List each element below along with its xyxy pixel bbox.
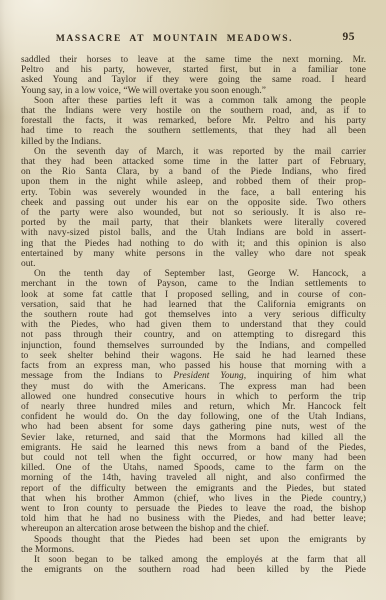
text-line: the southern route had got themselves in…	[21, 310, 366, 320]
text-line: that they had been attacked some time in…	[21, 157, 366, 167]
text-line: on the Rio Santa Clara, by a band of the…	[21, 167, 366, 177]
paragraph: saddled their horses to leave at the sam…	[21, 55, 366, 96]
text-line: Soon after these parties left it was a c…	[21, 96, 366, 106]
paragraph: On the seventh day of March, it was repo…	[21, 147, 366, 269]
paragraph: Soon after these parties left it was a c…	[21, 96, 366, 147]
page-body: saddled their horses to leave at the sam…	[21, 55, 366, 575]
text-line: with the Piedes, who had given them to u…	[21, 320, 366, 330]
text-line: ing that the Piedes had nothing to do wi…	[21, 239, 366, 249]
text-line: emigrants. He said he learned this news …	[21, 443, 366, 453]
text-line: injunction, found themselves surrounded …	[21, 341, 366, 351]
text-line: Young say, in a low voice, “We will over…	[21, 86, 366, 96]
text-line: On the seventh day of March, it was repo…	[21, 147, 366, 157]
running-head-title: MASSACRE AT MOUNTAIN MEADOWS.	[21, 33, 366, 46]
text-line: ported by the mail party, that their bla…	[21, 218, 366, 228]
italic-text: President Young	[173, 371, 243, 381]
text-line: the Mormons.	[21, 545, 366, 555]
text-line: of the party were also wounded, but not …	[21, 208, 366, 218]
text-line: Spoods thought that the Piedes had been …	[21, 535, 366, 545]
text-line: erty. Tobin was severely wounded in the …	[21, 188, 366, 198]
text-line: told him that he had no business with th…	[21, 514, 366, 524]
text-line: It soon began to be talked among the emp…	[21, 555, 366, 565]
paragraph: On the tenth day of September last, Geor…	[21, 269, 366, 534]
text-line: killed. One of the Utahs, named Spoods, …	[21, 463, 366, 473]
text-line: Sevier lake, returned, and said that the…	[21, 433, 366, 443]
text-segment: message from the Indians to	[21, 371, 173, 381]
text-line: went to Iron county to persuade the Pied…	[21, 504, 366, 514]
text-line: upon them in the night while asleep, and…	[21, 177, 366, 187]
text-line: the emigrants on the southern road had b…	[21, 565, 366, 575]
text-segment: , inquiring of him what	[244, 371, 366, 381]
text-line: who had been absent for some days gather…	[21, 422, 366, 432]
text-line: entertained by many white persons in the…	[21, 249, 366, 259]
text-line: morning of the 14th, having traveled all…	[21, 473, 366, 483]
paragraph: It soon began to be talked among the emp…	[21, 555, 366, 575]
text-line: not pass through their country, and on a…	[21, 330, 366, 340]
text-line: they must do with the Americans. The exp…	[21, 382, 366, 392]
text-line: forestall the facts, it was remarked, be…	[21, 116, 366, 126]
text-line: merchant in the town of Payson, came to …	[21, 279, 366, 289]
paragraph: Spoods thought that the Piedes had been …	[21, 535, 366, 555]
text-line: message from the Indians to President Yo…	[21, 371, 366, 381]
page-header: MASSACRE AT MOUNTAIN MEADOWS. 95	[21, 33, 366, 47]
text-line: allowed one hundred consecutive hours in…	[21, 392, 366, 402]
text-line: of nearly three hundred miles and return…	[21, 402, 366, 412]
text-line: but could not tell when the fight occurr…	[21, 453, 366, 463]
book-page: MASSACRE AT MOUNTAIN MEADOWS. 95 saddled…	[0, 0, 386, 600]
text-line: saddled their horses to leave at the sam…	[21, 55, 366, 65]
text-line: facts from an express man, who passed hi…	[21, 361, 366, 371]
page-number: 95	[343, 31, 356, 43]
text-line: versation, said that he had learned that…	[21, 300, 366, 310]
text-line: cheek and passing out under his ear on t…	[21, 198, 366, 208]
text-line: killed by the Indians.	[21, 137, 366, 147]
text-line: that when his brother Ammon (chief, who …	[21, 494, 366, 504]
text-line: whereupon an altercation arose between t…	[21, 524, 366, 534]
text-line: asked Young and Taylor if they were goin…	[21, 75, 366, 85]
text-line: report of the difficulty between the emi…	[21, 484, 366, 494]
text-line: confident he would do. On the day follow…	[21, 412, 366, 422]
text-line: that the Indians were very hostile on th…	[21, 106, 366, 116]
text-line: to seek shelter behind their wagons. He …	[21, 351, 366, 361]
text-line: look at some fat cattle that I proposed …	[21, 290, 366, 300]
text-line: had time to reach the southern settlemen…	[21, 126, 366, 136]
text-line: Peltro and his party, however, started f…	[21, 65, 366, 75]
text-line: On the tenth day of September last, Geor…	[21, 269, 366, 279]
text-line: with navy-sized pistol balls, and the Ut…	[21, 228, 366, 238]
text-line: out.	[21, 259, 366, 269]
